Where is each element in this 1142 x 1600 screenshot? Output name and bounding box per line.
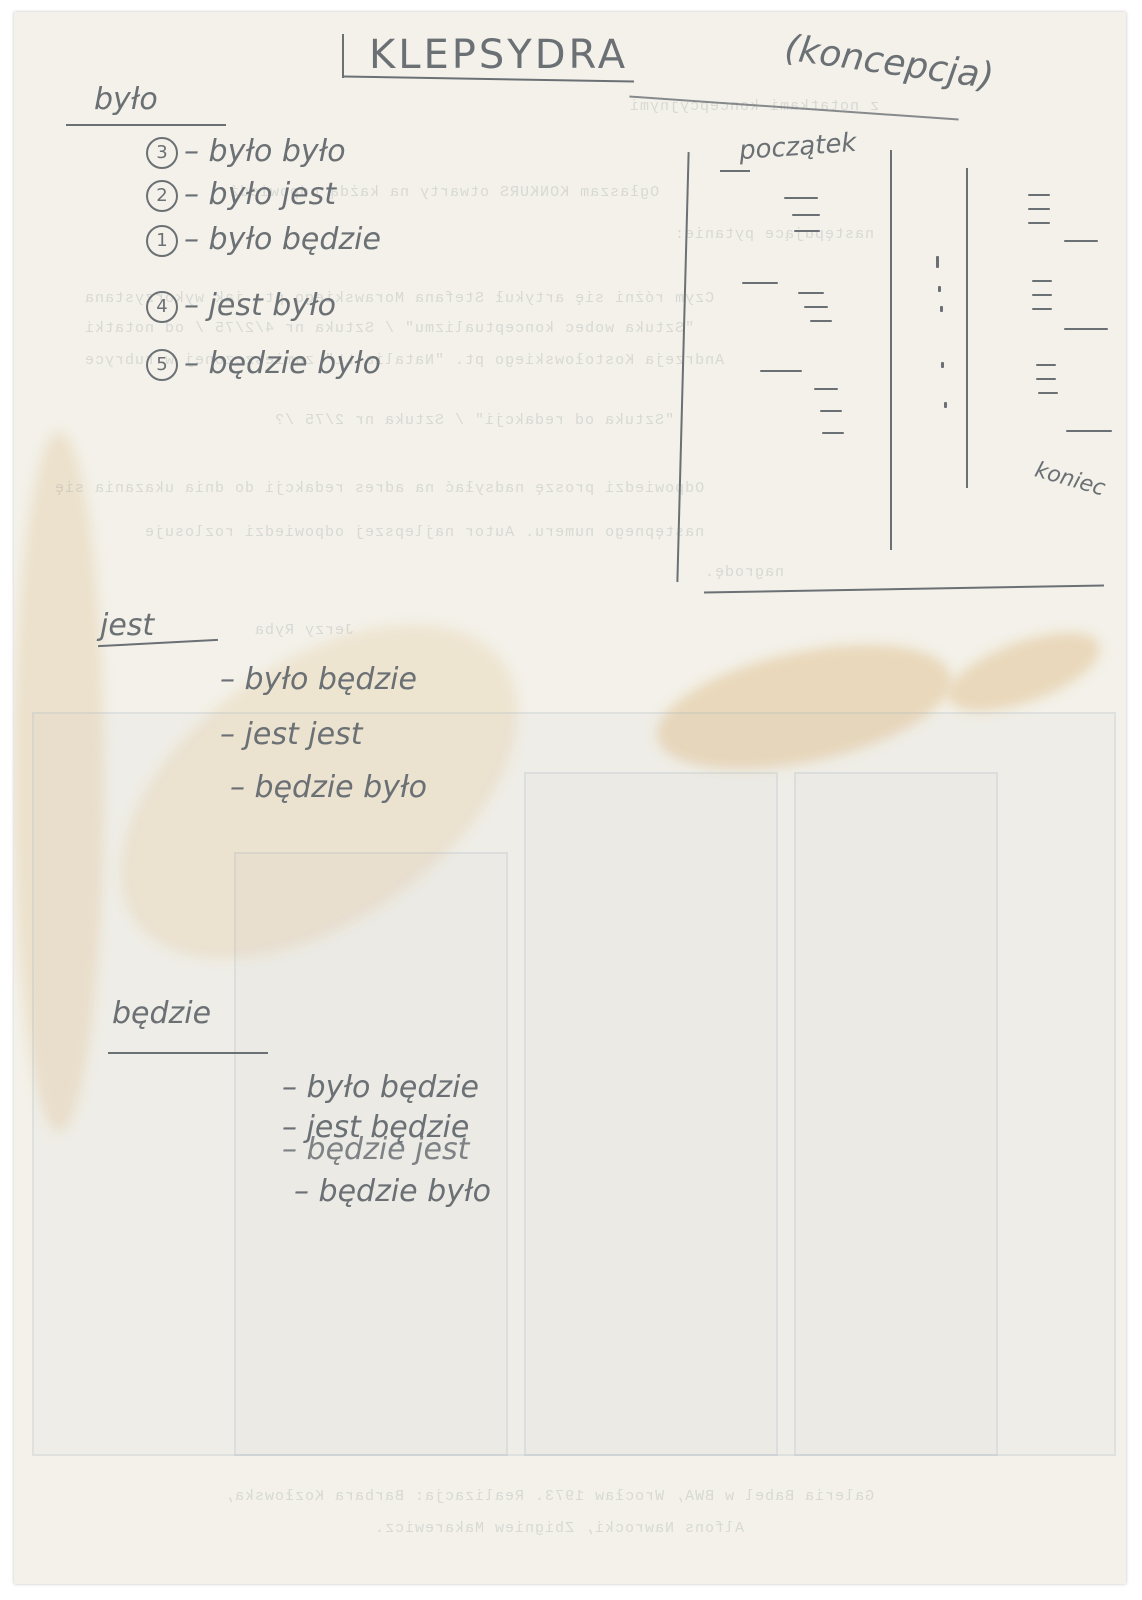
dot [944,402,947,408]
list-item: – będzie było [294,1174,491,1209]
item-text: będzie było [255,770,427,805]
water-stain [939,616,1110,727]
reverse-typed-line: nagrodę. [704,564,784,581]
tick [1032,280,1052,282]
reverse-typed-line: z notatkami koncepcyjnymi [629,98,879,115]
title-bracket-left [342,34,344,78]
reverse-photo-panel [794,772,998,1456]
item-text: było będzie [209,222,381,257]
list-item: 5– będzie było [146,346,381,381]
start-marker [720,170,750,172]
tick [1036,364,1056,366]
reverse-photo-panel [524,772,778,1456]
reverse-typed-line: następnego numeru. Autor najlepszej odpo… [144,524,704,541]
tick [1032,294,1052,296]
list-item: – było będzie [220,662,417,697]
document-subtitle: (koncepcja) [782,28,996,98]
document-page: z notatkami koncepcyjnymi Ogłaszam KONKU… [14,12,1126,1584]
item-text: było będzie [245,662,417,697]
section-heading-bylo: było [94,82,158,117]
item-text: było będzie [307,1070,479,1105]
tick [1064,328,1108,330]
tick [798,292,824,294]
reverse-caption-line: Alfons Nawrocki, Zbigniew Makarewicz. [374,1520,744,1537]
heading-underline [66,124,226,126]
tick [760,370,802,372]
list-item: 2– było jest [146,177,336,212]
item-text: będzie było [319,1174,491,1209]
item-text: będzie było [209,346,381,381]
tick [820,410,842,412]
list-item: 3– było było [146,134,346,169]
item-text: było było [209,134,346,169]
item-text: jest było [209,288,337,323]
item-text: było jest [209,177,337,212]
tick [822,432,844,434]
tick [1028,208,1050,210]
tick [1036,378,1056,380]
reverse-typed-line: "Sztuka od redakcji" / Sztuka nr 2/75 /? [274,412,674,429]
dot [938,286,941,292]
document-title: KLEPSYDRA [369,32,628,78]
reverse-typed-line: Odpowiedzi proszę nadsyłać na adres reda… [54,480,704,497]
tick [1028,222,1050,224]
reverse-typed-line: następujące pytanie: [674,226,874,243]
tick [810,320,832,322]
diagram-bottom [704,585,1104,594]
diagram-end-label: koniec [1032,458,1108,502]
item-text: będzie jest [307,1132,470,1167]
list-item: – będzie było [230,770,427,805]
item-text: jest jest [245,717,363,752]
reverse-typed-line: Jerzy Ryba [254,622,354,639]
list-item: – jest jest [220,717,362,752]
list-item: 1– było będzie [146,222,381,257]
tick [1038,392,1058,394]
diagram-start-label: początek [738,128,857,166]
dot [941,362,944,368]
tick [742,282,778,284]
diagram-middle-wall [890,150,892,550]
heading-underline [108,1052,268,1054]
item-number: 3 [146,137,178,169]
list-item: – było będzie [282,1070,479,1105]
list-item: – będzie jest [282,1132,469,1167]
item-number: 2 [146,180,178,212]
tick [1066,430,1112,432]
reverse-caption-line: Galeria Babel w BWA, Wrocław 1973. Reali… [224,1488,874,1505]
dot [936,256,939,268]
section-heading-bedzie: będzie [112,996,211,1031]
tick [794,230,820,232]
tick [1028,194,1050,196]
dot [940,306,943,312]
item-number: 1 [146,225,178,257]
tick [814,388,838,390]
diagram-right-wall [966,168,968,488]
section-heading-jest: jest [100,608,154,643]
list-item: 4– jest było [146,288,336,323]
tick [804,306,828,308]
item-number: 4 [146,291,178,323]
tick [784,197,818,199]
tick [1032,308,1052,310]
tick [1064,240,1098,242]
tick [792,214,820,216]
item-number: 5 [146,349,178,381]
